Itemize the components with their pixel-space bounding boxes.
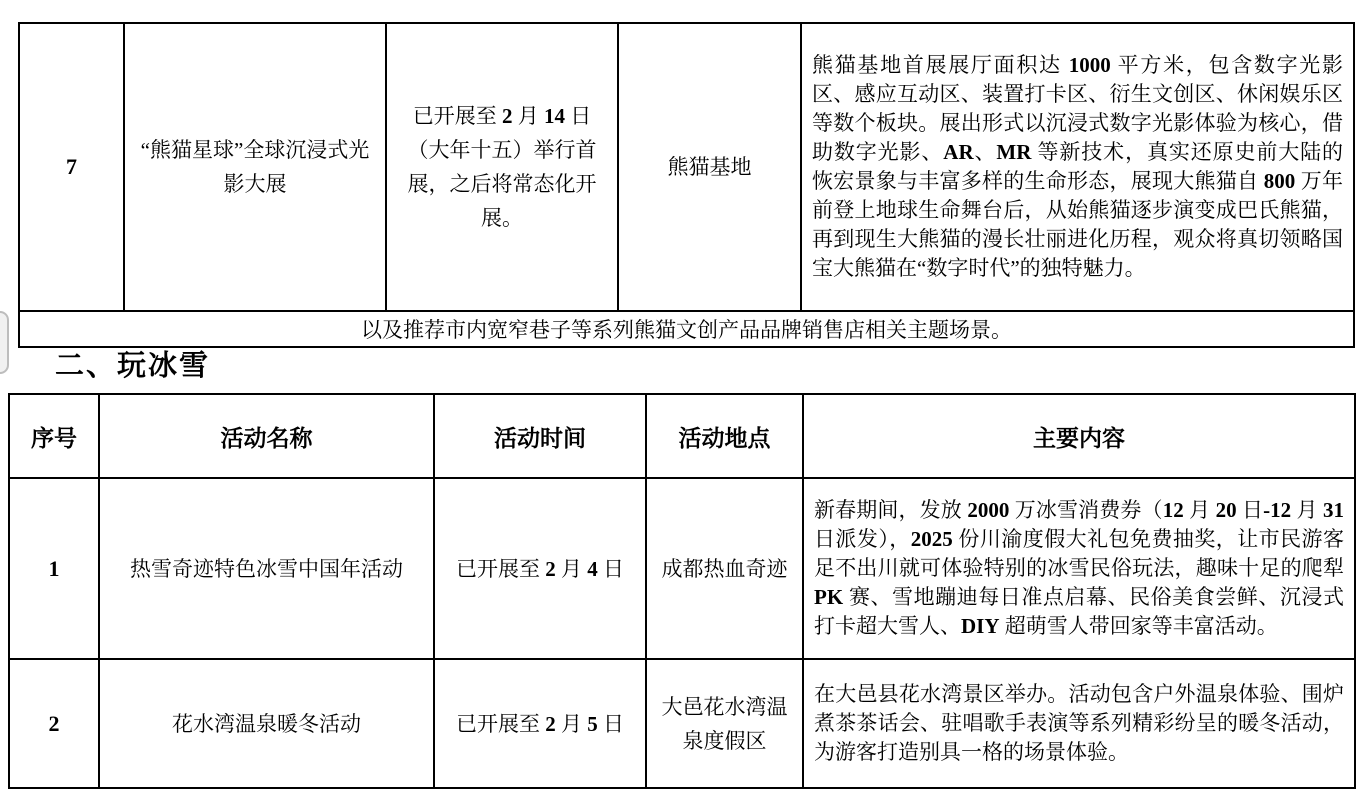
text-run: MR [996, 140, 1031, 164]
text-run: DIY [961, 614, 1000, 638]
text-run: 2 [502, 104, 513, 128]
text-run: 日 [1237, 498, 1264, 522]
header-content: 主要内容 [803, 394, 1355, 478]
text-run: 新春期间，发放 [814, 498, 967, 522]
row7-location-cell: 熊猫基地 [618, 23, 801, 311]
text-run: PK [814, 585, 843, 609]
text-run: 12 [1163, 498, 1184, 522]
row2-time-cell: 已开展至 2 月 5 日 [434, 659, 646, 788]
text-run: 日 [598, 557, 624, 581]
table-row: 7 “熊猫星球”全球沉浸式光影大展 已开展至 2 月 14 日（大年十五）举行首… [19, 23, 1354, 311]
text-run: 4 [587, 557, 598, 581]
table-header-row: 序号 活动名称 活动时间 活动地点 主要内容 [9, 394, 1355, 478]
row7-index-cell: 7 [19, 23, 124, 311]
text-run: 800 [1264, 169, 1296, 193]
panda-activities-table: 7 “熊猫星球”全球沉浸式光影大展 已开展至 2 月 14 日（大年十五）举行首… [18, 22, 1355, 348]
row7-content-cell: 熊猫基地首展展厅面积达 1000 平方米，包含数字光影区、感应互动区、装置打卡区… [801, 23, 1354, 311]
text-run: -12 [1263, 498, 1291, 522]
text-run: 月 [556, 712, 588, 736]
row2-name-cell: 花水湾温泉暖冬活动 [99, 659, 434, 788]
row7-name-cell: “熊猫星球”全球沉浸式光影大展 [124, 23, 386, 311]
row1-content-cell: 新春期间，发放 2000 万冰雪消费券（12 月 20 日-12 月 31 日派… [803, 478, 1355, 659]
text-run: 5 [587, 712, 598, 736]
text-run: 月 [1291, 498, 1323, 522]
text-run: 日派发）， [814, 527, 911, 551]
text-run: 14 [544, 104, 565, 128]
text-run: 31 [1323, 498, 1344, 522]
header-name: 活动名称 [99, 394, 434, 478]
text-run: 2000 [967, 498, 1009, 522]
recommendation-span-cell: 以及推荐市内宽窄巷子等系列熊猫文创产品品牌销售店相关主题场景。 [19, 311, 1354, 347]
table-row: 1 热雪奇迹特色冰雪中国年活动 已开展至 2 月 4 日 成都热血奇迹 新春期间… [9, 478, 1355, 659]
text-run: 日 [598, 712, 624, 736]
row7-time-cell: 已开展至 2 月 14 日（大年十五）举行首展，之后将常态化开展。 [386, 23, 618, 311]
text-run: 已开展至 [456, 557, 545, 581]
text-run: 熊猫基地首展展厅面积达 [812, 53, 1069, 77]
text-run: 超萌雪人带回家等丰富活动。 [1000, 614, 1278, 638]
text-run: 已开展至 [413, 104, 502, 128]
row2-index-cell: 2 [9, 659, 99, 788]
text-run: 2025 [911, 527, 953, 551]
text-run: 20 [1216, 498, 1237, 522]
text-run: 月 [556, 557, 588, 581]
row1-time-cell: 已开展至 2 月 4 日 [434, 478, 646, 659]
header-time: 活动时间 [434, 394, 646, 478]
row1-index-cell: 1 [9, 478, 99, 659]
text-run: 1000 [1069, 53, 1111, 77]
text-run: AR [943, 140, 973, 164]
row1-location-cell: 成都热血奇迹 [646, 478, 803, 659]
header-index: 序号 [9, 394, 99, 478]
left-edge-panel-handle[interactable] [0, 311, 9, 374]
row2-content-cell: 在大邑县花水湾景区举办。活动包含户外温泉体验、围炉煮茶茶话会、驻唱歌手表演等系列… [803, 659, 1355, 788]
text-run: 2 [545, 712, 556, 736]
section-heading: 二、玩冰雪 [55, 346, 210, 386]
table-row: 以及推荐市内宽窄巷子等系列熊猫文创产品品牌销售店相关主题场景。 [19, 311, 1354, 347]
text-run: 万冰雪消费券（ [1009, 498, 1162, 522]
row2-location-cell: 大邑花水湾温泉度假区 [646, 659, 803, 788]
text-run: 已开展至 [456, 712, 545, 736]
table-row: 2 花水湾温泉暖冬活动 已开展至 2 月 5 日 大邑花水湾温泉度假区 在大邑县… [9, 659, 1355, 788]
text-run: 月 [1184, 498, 1216, 522]
text-run: 月 [513, 104, 545, 128]
text-run: 在大邑县花水湾景区举办。活动包含户外温泉体验、围炉煮茶茶话会、驻唱歌手表演等系列… [814, 682, 1344, 764]
text-run: 2 [545, 557, 556, 581]
ice-snow-activities-table: 序号 活动名称 活动时间 活动地点 主要内容 1 热雪奇迹特色冰雪中国年活动 已… [8, 393, 1356, 789]
header-location: 活动地点 [646, 394, 803, 478]
row1-name-cell: 热雪奇迹特色冰雪中国年活动 [99, 478, 434, 659]
text-run: 、 [974, 140, 997, 164]
